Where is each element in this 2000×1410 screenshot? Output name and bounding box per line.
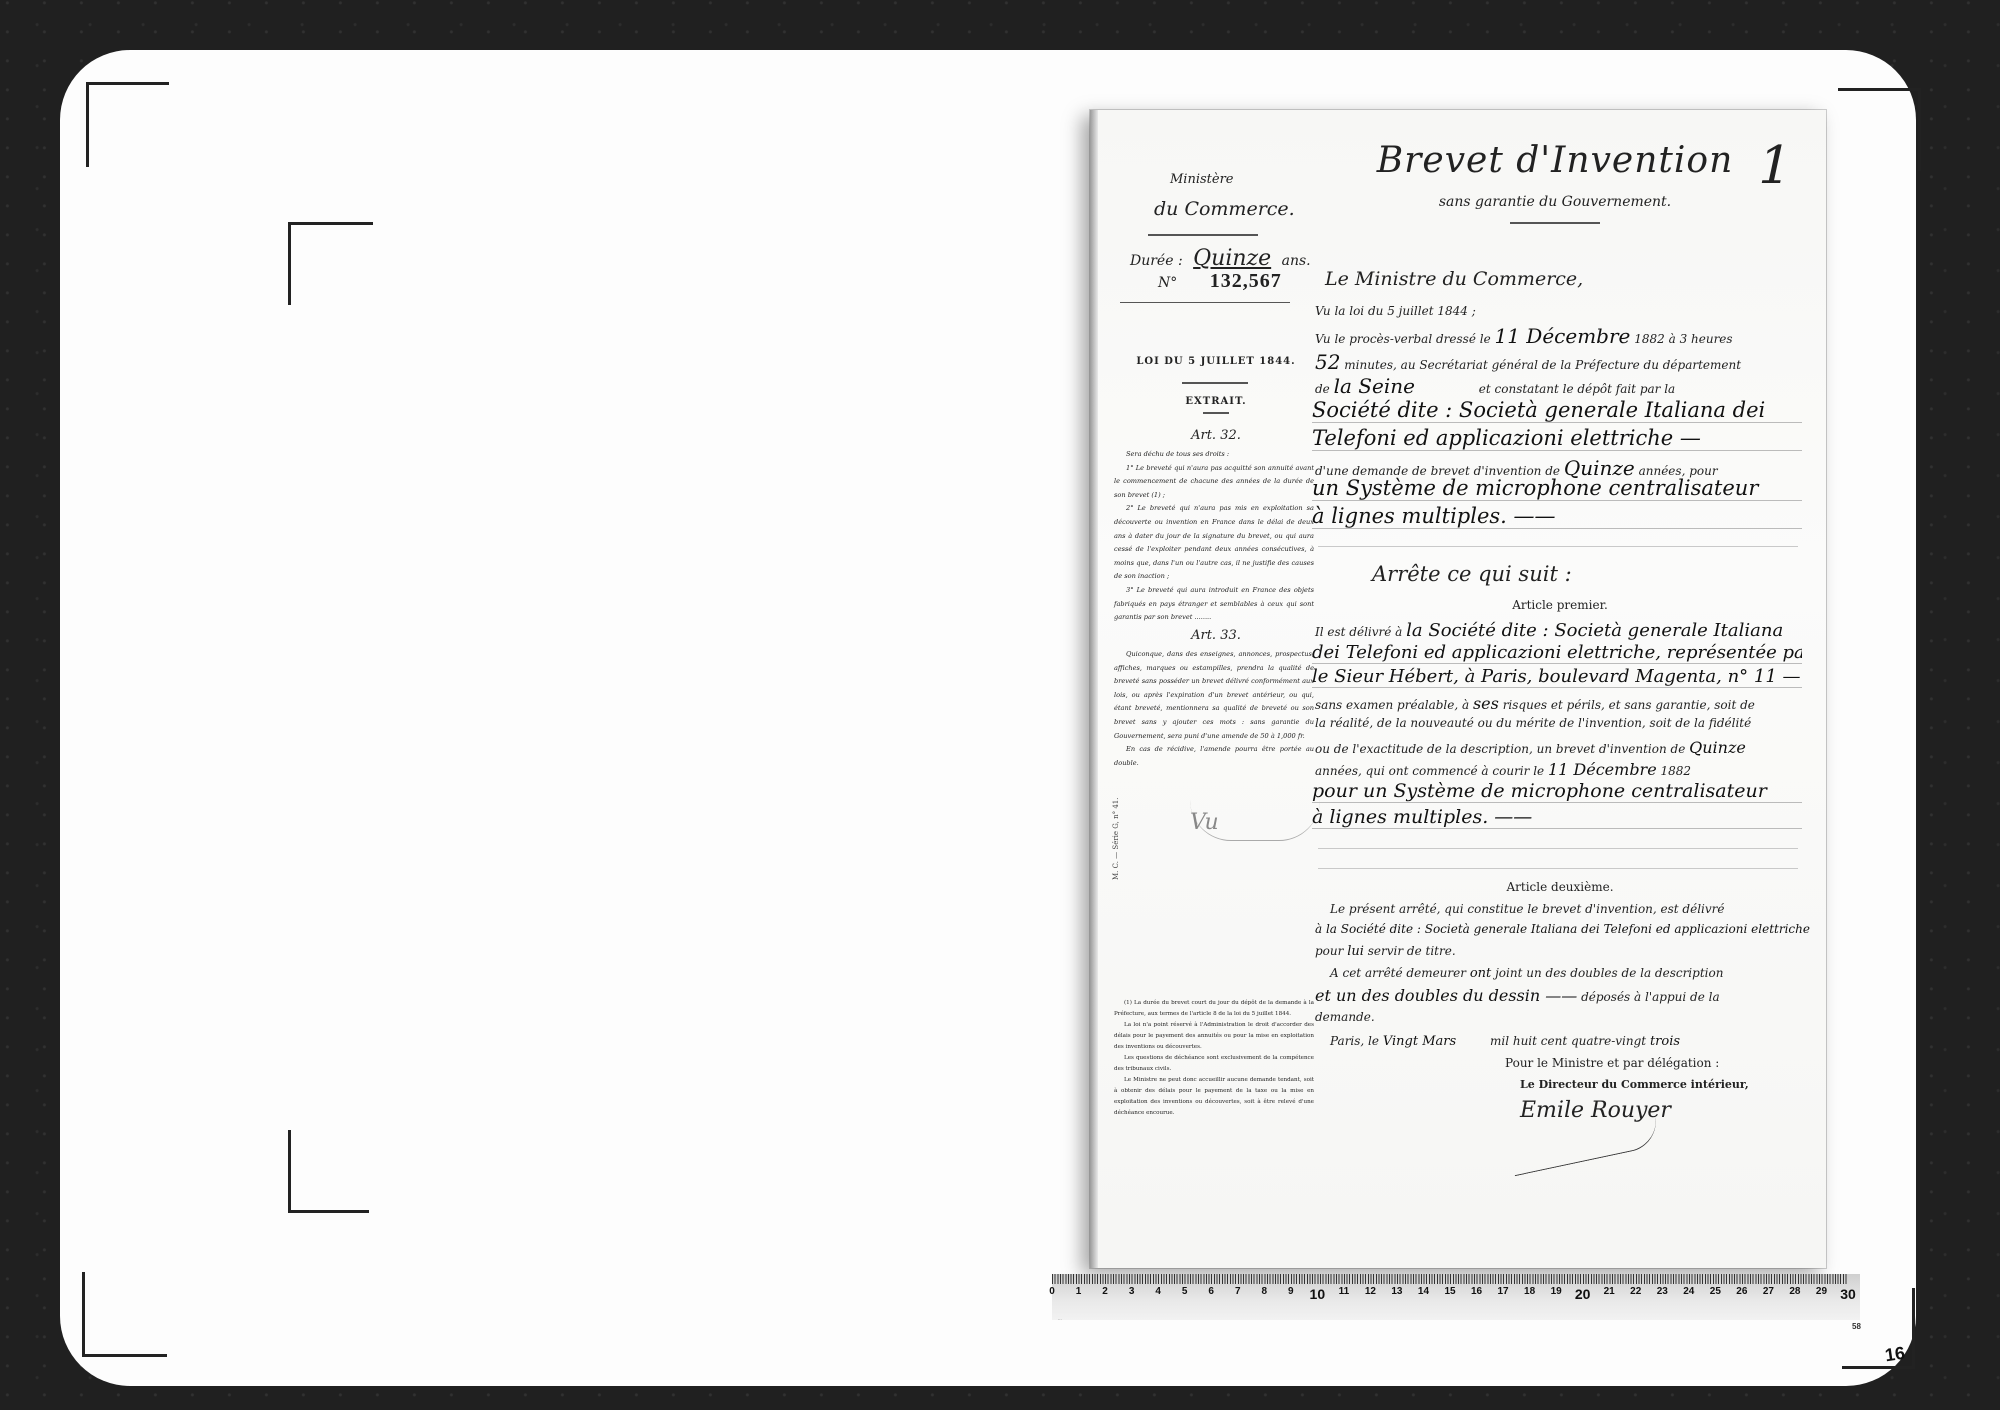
text: mil huit cent quatre-vingt xyxy=(1490,1034,1646,1048)
art1-recipient-line-2: dei Telefoni ed applicazioni elettriche,… xyxy=(1312,642,1802,664)
handwritten: et un des doubles du dessin —— xyxy=(1315,986,1577,1005)
blank-line xyxy=(1318,848,1798,849)
ruler-label: 16 xyxy=(1471,1286,1482,1297)
applicant-line-2: Telefoni ed applicazioni elettriche — xyxy=(1312,426,1802,451)
article-32-title: Art. 32. xyxy=(1116,428,1316,443)
frame-number: 16 xyxy=(1884,1343,1907,1367)
art2-line-2: à la Société dite : Società generale Ita… xyxy=(1315,922,1810,936)
text: Vu le procès-verbal dressé le xyxy=(1315,332,1491,346)
footnote: (1) La durée du brevet court du jour du … xyxy=(1114,998,1314,1020)
ruler-label: 27 xyxy=(1763,1286,1774,1297)
legal-paragraph: Sera déchu de tous ses droits : xyxy=(1114,448,1314,462)
signing-year: trois xyxy=(1650,1034,1680,1049)
arrete-heading: Arrête ce qui suit : xyxy=(1372,562,1572,586)
ruler-label: 12 xyxy=(1365,1286,1376,1297)
art2-line-4: A cet arrêté demeurer ont joint un des d… xyxy=(1330,966,1723,981)
divider xyxy=(1120,302,1290,303)
divider xyxy=(1203,412,1229,414)
handwritten: lui xyxy=(1347,944,1364,959)
text: joint xyxy=(1495,966,1522,980)
text: pour xyxy=(1315,944,1343,958)
date-line: Paris, le Vingt Mars mil huit cent quatr… xyxy=(1330,1034,1680,1049)
document-subtitle: sans garantie du Gouvernement. xyxy=(1360,194,1750,210)
filing-hour: à 3 heures xyxy=(1669,332,1733,346)
filing-minutes: 52 xyxy=(1315,350,1340,374)
art2-recipient: à la Société dite : Società generale Ita… xyxy=(1315,922,1810,936)
legal-paragraph: En cas de récidive, l'amende pourra être… xyxy=(1114,743,1314,770)
ruler-label: 29 xyxy=(1816,1286,1827,1297)
ruler-label: 23 xyxy=(1657,1286,1668,1297)
text: déposés à l'appui de la xyxy=(1581,990,1720,1004)
text: un des doubles de la description xyxy=(1526,966,1723,980)
ministry-label: Ministère xyxy=(1170,172,1234,187)
ruler-label: 13 xyxy=(1391,1286,1402,1297)
ruler-label: 11 xyxy=(1339,1286,1350,1297)
blank-line xyxy=(1318,546,1798,547)
ruler-ticks xyxy=(1052,1274,1848,1284)
legal-paragraph: 1° Le breveté qui n'aura pas acquitté so… xyxy=(1114,462,1314,503)
crop-mark-outer-top-left xyxy=(86,82,169,167)
text: et constatant le dépôt fait par la xyxy=(1479,382,1675,396)
ruler-label: 26 xyxy=(1736,1286,1747,1297)
ruler-label: 28 xyxy=(1789,1286,1800,1297)
ruler-label: 4 xyxy=(1155,1286,1161,1297)
art2-line-1: Le présent arrêté, qui constitue le brev… xyxy=(1330,902,1725,916)
proces-verbal-line: Vu le procès-verbal dressé le 11 Décembr… xyxy=(1315,324,1733,348)
handwritten: ont xyxy=(1470,966,1491,981)
number-label: N° xyxy=(1158,275,1177,291)
art1-invention-2: à lignes multiples. —— xyxy=(1312,806,1802,829)
crop-mark-outer-bottom-left xyxy=(82,1272,167,1357)
ruler-label: 7 xyxy=(1235,1286,1241,1297)
ruler-label: 9 xyxy=(1288,1286,1294,1297)
art1-line-1: Il est délivré à la Société dite : Socie… xyxy=(1315,620,1783,641)
footnote: Le Ministre ne peut donc accueillir aucu… xyxy=(1114,1075,1314,1119)
text: Paris, le xyxy=(1330,1034,1379,1048)
ruler-label: 17 xyxy=(1498,1286,1509,1297)
page-marker: 1 xyxy=(1752,136,1798,196)
department-line: de la Seine et constatant le dépôt fait … xyxy=(1315,374,1675,398)
ruler-label: 3 xyxy=(1129,1286,1135,1297)
ruler-label: 0 xyxy=(1049,1286,1055,1297)
start-year: 1882 xyxy=(1661,764,1692,778)
start-date: 11 Décembre xyxy=(1548,760,1657,779)
article-2-heading: Article deuxième. xyxy=(1320,880,1800,894)
form-code: M. C. — Série G, n° 41. xyxy=(1112,798,1120,880)
ruler-label: 18 xyxy=(1524,1286,1535,1297)
legal-paragraph: Quiconque, dans des enseignes, annonces,… xyxy=(1114,648,1314,743)
footnotes: (1) La durée du brevet court du jour du … xyxy=(1114,998,1314,1119)
article-32-text: Sera déchu de tous ses droits : 1° Le br… xyxy=(1114,448,1314,625)
ruler-label: 19 xyxy=(1551,1286,1562,1297)
director-title: Le Directeur du Commerce intérieur, xyxy=(1520,1078,1749,1091)
art1-invention-1: pour un Système de microphone centralisa… xyxy=(1312,780,1802,803)
art1-line-6: ou de l'exactitude de la description, un… xyxy=(1315,738,1746,757)
vu-loi-line: Vu la loi du 5 juillet 1844 ; xyxy=(1315,304,1476,318)
signing-date: Vingt Mars xyxy=(1383,1034,1456,1049)
art2-line-6: demande. xyxy=(1315,1010,1375,1024)
delegation-line: Pour le Ministre et par délégation : xyxy=(1505,1056,1719,1070)
law-title: LOI DU 5 JUILLET 1844. xyxy=(1116,356,1316,367)
ruler-label: 25 xyxy=(1710,1286,1721,1297)
text: risques et périls, et sans garantie, soi… xyxy=(1503,698,1755,712)
article-1-heading: Article premier. xyxy=(1320,598,1800,612)
ruler-label: 1 xyxy=(1076,1286,1082,1297)
ruler-label: 21 xyxy=(1604,1286,1615,1297)
ruler-label: 22 xyxy=(1630,1286,1641,1297)
ruler-label: 6 xyxy=(1208,1286,1214,1297)
art1-line-7: années, qui ont commencé à courir le 11 … xyxy=(1315,760,1691,779)
ruler-label: 15 xyxy=(1444,1286,1455,1297)
filing-date: 11 Décembre xyxy=(1495,324,1631,348)
margin-scribble: Vu xyxy=(1190,810,1219,835)
blank-line xyxy=(1318,868,1798,869)
divider xyxy=(1182,382,1248,384)
divider xyxy=(1148,234,1258,236)
signature-flourish xyxy=(1508,1115,1661,1177)
ruler-labels: 0123456789101112131415161718192021222324… xyxy=(1052,1286,1852,1306)
art1-years: Quinze xyxy=(1689,738,1746,757)
text: de xyxy=(1315,382,1330,396)
duration-value: Quinze xyxy=(1193,246,1271,271)
text: années, qui ont commencé à courir le xyxy=(1315,764,1544,778)
ruler-label: 20 xyxy=(1575,1286,1591,1302)
article-33-title: Art. 33. xyxy=(1116,628,1316,643)
text: servir de titre. xyxy=(1368,944,1456,958)
ruler-label: 5 xyxy=(1182,1286,1188,1297)
footnote: La loi n'a point réservé à l'Administrat… xyxy=(1114,1020,1314,1053)
legal-paragraph: 3° Le breveté qui aura introduit en Fran… xyxy=(1114,584,1314,625)
crop-mark-outer-top-right xyxy=(1838,88,1921,171)
text: ou de l'exactitude de la description, un… xyxy=(1315,742,1685,756)
ruler-maker-mark: ... xyxy=(1058,1316,1062,1321)
ruler-label: 30 xyxy=(1840,1286,1856,1302)
legal-paragraph: 2° Le breveté qui n'aura pas mis en expl… xyxy=(1114,502,1314,584)
risk-owner: ses xyxy=(1473,694,1499,713)
minutes-line: 52 minutes, au Secrétariat général de la… xyxy=(1315,350,1741,374)
art1-line-5: la réalité, de la nouveauté ou du mérite… xyxy=(1315,716,1751,730)
text: Il est délivré à xyxy=(1315,625,1402,639)
duration-unit: ans. xyxy=(1282,253,1311,269)
text: sans examen préalable, à xyxy=(1315,698,1469,712)
extract-label: EXTRAIT. xyxy=(1116,396,1316,407)
ministry-name: du Commerce. xyxy=(1154,198,1295,220)
ruler-label: 8 xyxy=(1261,1286,1267,1297)
text: minutes, au Secrétariat général de la Pr… xyxy=(1344,358,1741,372)
ruler-label: 24 xyxy=(1683,1286,1694,1297)
measurement-ruler: 0123456789101112131415161718192021222324… xyxy=(1052,1274,1860,1320)
duration-label: Durée : xyxy=(1130,253,1183,269)
document-title: Brevet d'Invention xyxy=(1360,140,1750,181)
crop-mark-inner-top-left xyxy=(288,222,373,305)
applicant-line-1: Société dite : Società generale Italiana… xyxy=(1312,398,1802,423)
invention-title-1: un Système de microphone centralisateur xyxy=(1312,476,1802,501)
crop-mark-inner-bottom-left xyxy=(288,1130,369,1213)
ruler-unit-mark: 58 xyxy=(1852,1322,1861,1331)
ruler-label: 10 xyxy=(1310,1286,1326,1302)
recipient: la Société dite : Società generale Itali… xyxy=(1406,620,1783,641)
department: la Seine xyxy=(1334,374,1415,398)
duration-field: Durée : Quinze ans. xyxy=(1130,246,1311,271)
text: A cet arrêté demeurer xyxy=(1330,966,1466,980)
article-33-text: Quiconque, dans des enseignes, annonces,… xyxy=(1114,648,1314,770)
ruler-label: 14 xyxy=(1418,1286,1429,1297)
filing-year: 1882 xyxy=(1634,332,1665,346)
art2-line-3: pour lui servir de titre. xyxy=(1315,944,1456,959)
minister-heading: Le Ministre du Commerce, xyxy=(1325,268,1583,290)
art1-line-4: sans examen préalable, à ses risques et … xyxy=(1315,694,1755,713)
divider xyxy=(1510,222,1600,224)
patent-number-field: N° 132,567 xyxy=(1158,270,1282,293)
ruler-label: 2 xyxy=(1102,1286,1108,1297)
art1-representative: le Sieur Hébert, à Paris, boulevard Mage… xyxy=(1312,666,1802,688)
footnote: Les questions de déchéance sont exclusiv… xyxy=(1114,1053,1314,1075)
patent-number: 132,567 xyxy=(1210,270,1282,292)
art2-line-5: et un des doubles du dessin —— déposés à… xyxy=(1315,986,1720,1005)
patent-document: Ministère du Commerce. Durée : Quinze an… xyxy=(1090,110,1826,1268)
invention-title-2: à lignes multiples. —— xyxy=(1312,504,1802,529)
